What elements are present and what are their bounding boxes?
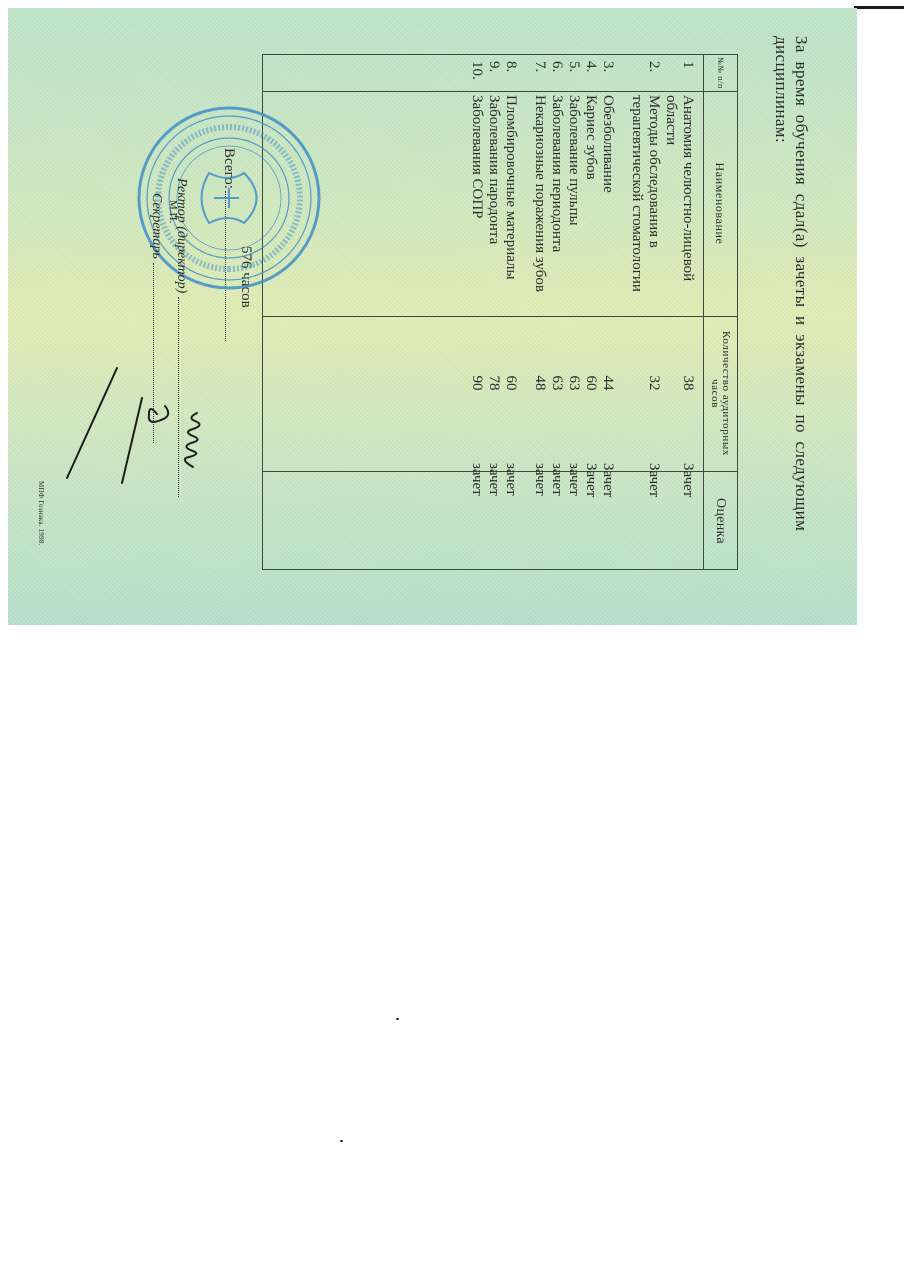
discipline-name: Кариес зубов xyxy=(582,95,599,313)
row-number: 2. xyxy=(645,61,662,87)
table-row: 2.Методы обследования в терапевтической … xyxy=(628,55,662,569)
row-number: 10. xyxy=(468,61,485,87)
scan-speck xyxy=(396,1018,399,1020)
intro-text: За время обучения сдал(а) зачеты и экзам… xyxy=(771,36,811,606)
grade: зачет xyxy=(565,463,582,496)
grade: Зачет xyxy=(599,463,616,497)
grade: Зачет xyxy=(645,463,662,497)
row-number: 8. xyxy=(502,61,519,87)
header-grade: Оценка xyxy=(704,471,737,571)
table-body: 1Анатомия челюстно-лицевой области38Заче… xyxy=(468,55,696,569)
auditory-hours: 60 xyxy=(582,333,599,433)
table-row: 3.Обезболивание44Зачет xyxy=(599,55,616,569)
scan-edge-mark xyxy=(854,6,904,9)
table-row: 10.Заболевания СОПР90зачет xyxy=(468,55,485,569)
table-row: 1Анатомия челюстно-лицевой области38Заче… xyxy=(662,55,696,569)
mp-label: М.П. xyxy=(167,200,179,223)
dotted-line xyxy=(153,263,154,443)
auditory-hours: 63 xyxy=(565,333,582,433)
row-number: 5. xyxy=(565,61,582,87)
grade: Зачет xyxy=(679,463,696,497)
header-hours: Количество аудиторных часов xyxy=(704,316,737,471)
discipline-name: Методы обследования в терапевтической ст… xyxy=(628,95,662,313)
discipline-name: Заболевания периодонта xyxy=(548,95,565,313)
grade: зачет xyxy=(468,463,485,496)
auditory-hours: 60 xyxy=(502,333,519,433)
row-number: 7. xyxy=(531,61,548,87)
grade: зачет xyxy=(502,463,519,496)
auditory-hours: 63 xyxy=(548,333,565,433)
auditory-hours: 32 xyxy=(645,333,662,433)
rector-label: Ректор (директор) xyxy=(174,178,189,293)
grade: зачет xyxy=(548,463,565,496)
grade: зачет xyxy=(531,463,548,496)
discipline-name: Заболевания СОПР xyxy=(468,95,485,313)
row-number: 4. xyxy=(582,61,599,87)
auditory-hours: 78 xyxy=(485,333,502,433)
row-number: 6. xyxy=(548,61,565,87)
row-number: 1 xyxy=(679,61,696,87)
auditory-hours: 48 xyxy=(531,333,548,433)
printer-imprint: МПФ Гознака. 1998. xyxy=(37,481,45,545)
discipline-name: Пломбировочные материалы xyxy=(502,95,519,313)
scan-speck xyxy=(340,1140,343,1142)
diploma-supplement-page: За время обучения сдал(а) зачеты и экзам… xyxy=(8,8,857,625)
discipline-name: Обезболивание xyxy=(599,95,616,313)
secretary-signature-line: Секретарь xyxy=(148,193,164,443)
grade: зачет xyxy=(485,463,502,496)
auditory-hours: 90 xyxy=(468,333,485,433)
header-number: №№ п/п xyxy=(704,55,737,91)
auditory-hours: 38 xyxy=(679,333,696,433)
discipline-name: Заболевание пульпы xyxy=(565,95,582,313)
auditory-hours: 44 xyxy=(599,333,616,433)
secretary-label: Секретарь xyxy=(149,193,164,259)
discipline-name: Заболевания пародонта xyxy=(485,95,502,313)
table-row: 6.Заболевания периодонта63зачет xyxy=(548,55,565,569)
row-number: 3. xyxy=(599,61,616,87)
discipline-name: Некариозные поражения зубов xyxy=(531,95,548,313)
discipline-name: Анатомия челюстно-лицевой области xyxy=(662,95,696,313)
table-row: 4.Кариес зубов60Зачет xyxy=(582,55,599,569)
table-row: 8.Пломбировочные материалы60зачет xyxy=(502,55,519,569)
table-row: 9.Заболевания пародонта78зачет xyxy=(485,55,502,569)
rector-signature-line: Ректор (директор) xyxy=(173,178,189,497)
row-number: 9. xyxy=(485,61,502,87)
table-row: 7.Некариозные поражения зубов48зачет xyxy=(531,55,548,569)
grade: Зачет xyxy=(582,463,599,497)
disciplines-table: №№ п/п Наименование Количество аудиторны… xyxy=(262,54,738,570)
header-name: Наименование xyxy=(704,91,737,316)
document-page-wrapper: За время обучения сдал(а) зачеты и экзам… xyxy=(8,8,857,625)
dotted-line xyxy=(178,297,179,497)
table-row: 5.Заболевание пульпы63зачет xyxy=(565,55,582,569)
